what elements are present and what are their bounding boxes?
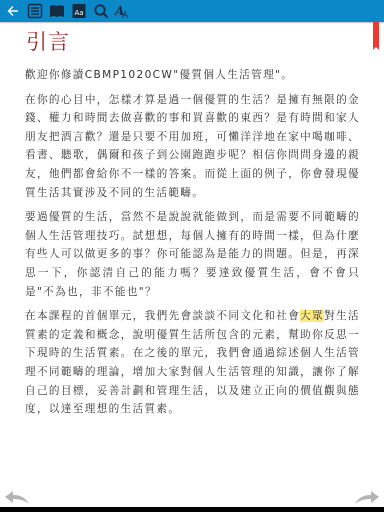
back-arrow-icon	[6, 4, 20, 18]
back-button[interactable]	[2, 0, 24, 22]
text-segment: 在本課程的首個單元，我們先會談談不同文化和社會	[25, 310, 300, 322]
previous-page-button[interactable]	[4, 490, 30, 504]
list-icon	[27, 3, 43, 19]
search-icon	[93, 3, 109, 19]
dictionary-button[interactable]: Aa	[68, 0, 90, 22]
table-of-contents-button[interactable]	[24, 0, 46, 22]
svg-text:A: A	[122, 11, 129, 19]
reader-toolbar: Aa AA	[0, 0, 384, 22]
paragraph: 在你的心目中，怎樣才算是過一個優質的生活？是擁有無限的金錢、權力和時間去做喜歡的…	[25, 91, 360, 203]
paragraph: 要過優質的生活，當然不是說說就能做到，而是需要不同範疇的個人生活管理技巧。試想想…	[25, 208, 360, 301]
next-page-button[interactable]	[354, 490, 380, 504]
paragraph: 歡迎你修讀CBMP1020CW"優質個人生活管理"。	[25, 66, 360, 85]
paragraph: 在本課程的首個單元，我們先會談談不同文化和社會大眾對生活質素的定義和概念，說明優…	[25, 307, 360, 419]
undo-arrow-icon	[4, 491, 30, 505]
text-segment: 對生活質素的定義和概念，說明優質生活所包含的元素，幫助你反思一下現時的生活質素。…	[25, 310, 360, 415]
bottom-edge	[0, 507, 384, 512]
dictionary-icon: Aa	[71, 3, 87, 19]
search-button[interactable]	[90, 0, 112, 22]
page-bookmark-ribbon[interactable]	[373, 22, 379, 50]
font-size-icon: AA	[114, 3, 132, 19]
page-title: 引言	[26, 30, 360, 54]
book-icon	[49, 3, 65, 19]
highlighted-text[interactable]: 大眾	[300, 310, 324, 322]
bookmarks-button[interactable]	[46, 0, 68, 22]
document-content: 引言 歡迎你修讀CBMP1020CW"優質個人生活管理"。 在你的心目中，怎樣才…	[25, 30, 360, 425]
font-settings-button[interactable]: AA	[112, 0, 134, 22]
redo-arrow-icon	[354, 491, 380, 505]
svg-text:Aa: Aa	[74, 9, 83, 17]
